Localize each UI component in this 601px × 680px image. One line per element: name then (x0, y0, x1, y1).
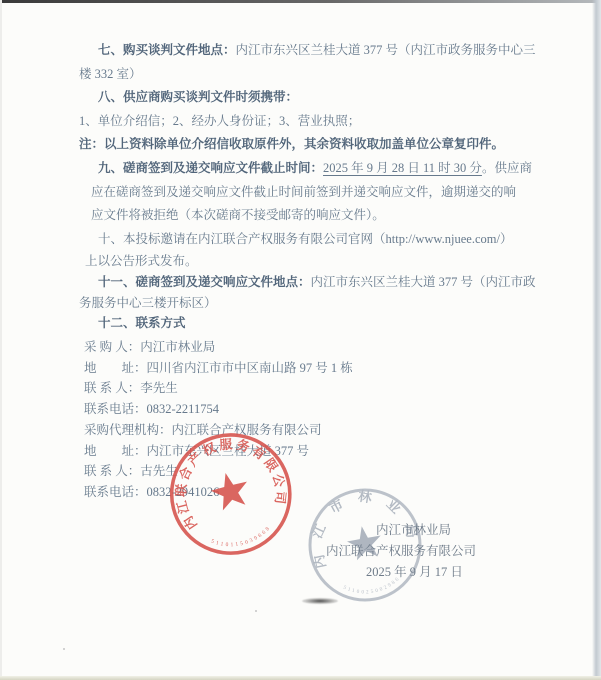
section-10-text-cont: 上以公告形式发布。 (85, 254, 198, 268)
section-11-line-1: 十一、磋商签到及递交响应文件地点：内江市东兴区兰桂大道 377 号（内江市政 (79, 272, 515, 293)
section-8-heading-line: 八、供应商购买谈判文件时须携带： (79, 86, 515, 110)
section-11-line-2: 务服务中心三楼开标区） (79, 293, 515, 314)
section-7-line-1: 七、购买谈判文件地点：内江市东兴区兰桂大道 377 号（内江市政务服务中心三 (79, 39, 515, 63)
section-11-text: 内江市东兴区兰桂大道 377 号（内江市政 (311, 275, 536, 289)
section-10-line-1: 十、本投标邀请在内江联合产权服务有限公司官网（http://www.njuee.… (79, 228, 515, 252)
section-8-heading: 八、供应商购买谈判文件时须携带： (98, 90, 298, 104)
scan-edge-bottom (0, 676, 601, 680)
buyer-name-value: 内江市林业局 (140, 340, 215, 354)
buyer-person-line: 联 系 人：李先生 (79, 378, 515, 399)
section-7-text: 内江市东兴区兰桂大道 377 号（内江市政务服务中心三 (236, 43, 536, 57)
section-11-heading: 十一、磋商签到及递交响应文件地点： (98, 275, 311, 289)
scan-edge-right (592, 0, 601, 680)
section-9-text-cont: 应在磋商签到及递交响应文件截止时间前签到并递交响应文件，逾期递交的响 (91, 185, 516, 199)
scan-speck (255, 610, 257, 612)
red-stamp-serial: 5110115039668 (209, 524, 275, 555)
buyer-phone-line: 联系电话：0832-2211754 (79, 399, 515, 420)
section-9-text-cont2: 应文件将被拒绝（本次磋商不接受邮寄的响应文件）。 (91, 208, 385, 222)
buyer-address-value: 四川省内江市市中区南山路 97 号 1 栋 (147, 361, 353, 375)
buyer-address-line: 地 址：四川省内江市市中区南山路 97 号 1 栋 (79, 358, 515, 379)
section-12-heading-line: 十二、联系方式 (79, 313, 515, 334)
section-7-heading: 七、购买谈判文件地点： (98, 43, 236, 57)
signature-date: 2025 年 9 月 17 日 (366, 562, 463, 580)
agency-person-label: 联 系 人： (84, 464, 140, 478)
scan-speck (63, 648, 65, 650)
buyer-person-value: 李先生 (140, 381, 178, 395)
section-7-line-2: 楼 332 室） (79, 63, 515, 87)
buyer-phone-label: 联系电话： (84, 402, 147, 416)
section-8-note-line: 注：以上资料除单位介绍信收取原件外，其余资料收取加盖单位公章复印件。 (79, 133, 515, 157)
signature-agency-name: 内江联合产权服务有限公司 (326, 541, 476, 559)
section-9-text: 。供应商 (482, 161, 532, 175)
scan-edge-top (0, 0, 601, 3)
section-8-note: 注：以上资料除单位介绍信收取原件外，其余资料收取加盖单位公章复印件。 (79, 137, 504, 151)
section-11-text-cont: 务服务中心三楼开标区） (79, 296, 217, 310)
section-10-text: 十、本投标邀请在内江联合产权服务有限公司官网（http://www.njuee.… (98, 232, 512, 246)
agency-person-line: 联 系 人：古先生 (79, 461, 515, 482)
signature-buyer-name: 内江市林业局 (376, 520, 451, 538)
section-7-text-cont: 楼 332 室） (79, 67, 142, 81)
buyer-phone-value: 0832-2211754 (147, 402, 219, 416)
section-8-items-line: 1、单位介绍信；2、经办人身份证；3、营业执照； (79, 110, 515, 134)
buyer-name-label: 采 购 人： (84, 340, 140, 354)
section-10-line-2: 上以公告形式发布。 (79, 251, 515, 272)
buyer-person-label: 联 系 人： (84, 381, 140, 395)
document-body: 七、购买谈判文件地点：内江市东兴区兰桂大道 377 号（内江市政务服务中心三 楼… (79, 39, 515, 503)
section-9-heading: 九、磋商签到及递交响应文件截止时间： (98, 161, 323, 175)
agency-name-label: 采购代理机构： (84, 423, 172, 437)
scan-edge-left (0, 0, 2, 680)
agency-name-line: 采购代理机构：内江联合产权服务有限公司 (79, 420, 515, 441)
ink-smudge (302, 598, 338, 604)
buyer-name-line: 采 购 人：内江市林业局 (79, 337, 515, 358)
section-9-line-3: 应文件将被拒绝（本次磋商不接受邮寄的响应文件）。 (79, 204, 515, 228)
section-12-heading: 十二、联系方式 (98, 316, 186, 330)
buyer-address-label: 地 址： (84, 361, 147, 375)
section-8-items: 1、单位介绍信；2、经办人身份证；3、营业执照； (79, 114, 360, 128)
scanned-document-page: 七、购买谈判文件地点：内江市东兴区兰桂大道 377 号（内江市政务服务中心三 楼… (0, 0, 601, 680)
section-9-line-2: 应在磋商签到及递交响应文件截止时间前签到并递交响应文件，逾期递交的响 (79, 181, 515, 205)
agency-phone-label: 联系电话： (84, 485, 147, 499)
svg-text:5110115039668: 5110115039668 (209, 524, 275, 555)
red-stamp-star-icon (207, 469, 252, 513)
agency-address-line: 地 址：内江市东兴区兰桂大道 377 号 (79, 441, 515, 462)
section-9-line-1: 九、磋商签到及递交响应文件截止时间：2025 年 9 月 28 日 11 时 3… (79, 157, 515, 181)
agency-address-label: 地 址： (84, 444, 147, 458)
section-9-deadline: 2025 年 9 月 28 日 11 时 30 分 (323, 161, 482, 175)
